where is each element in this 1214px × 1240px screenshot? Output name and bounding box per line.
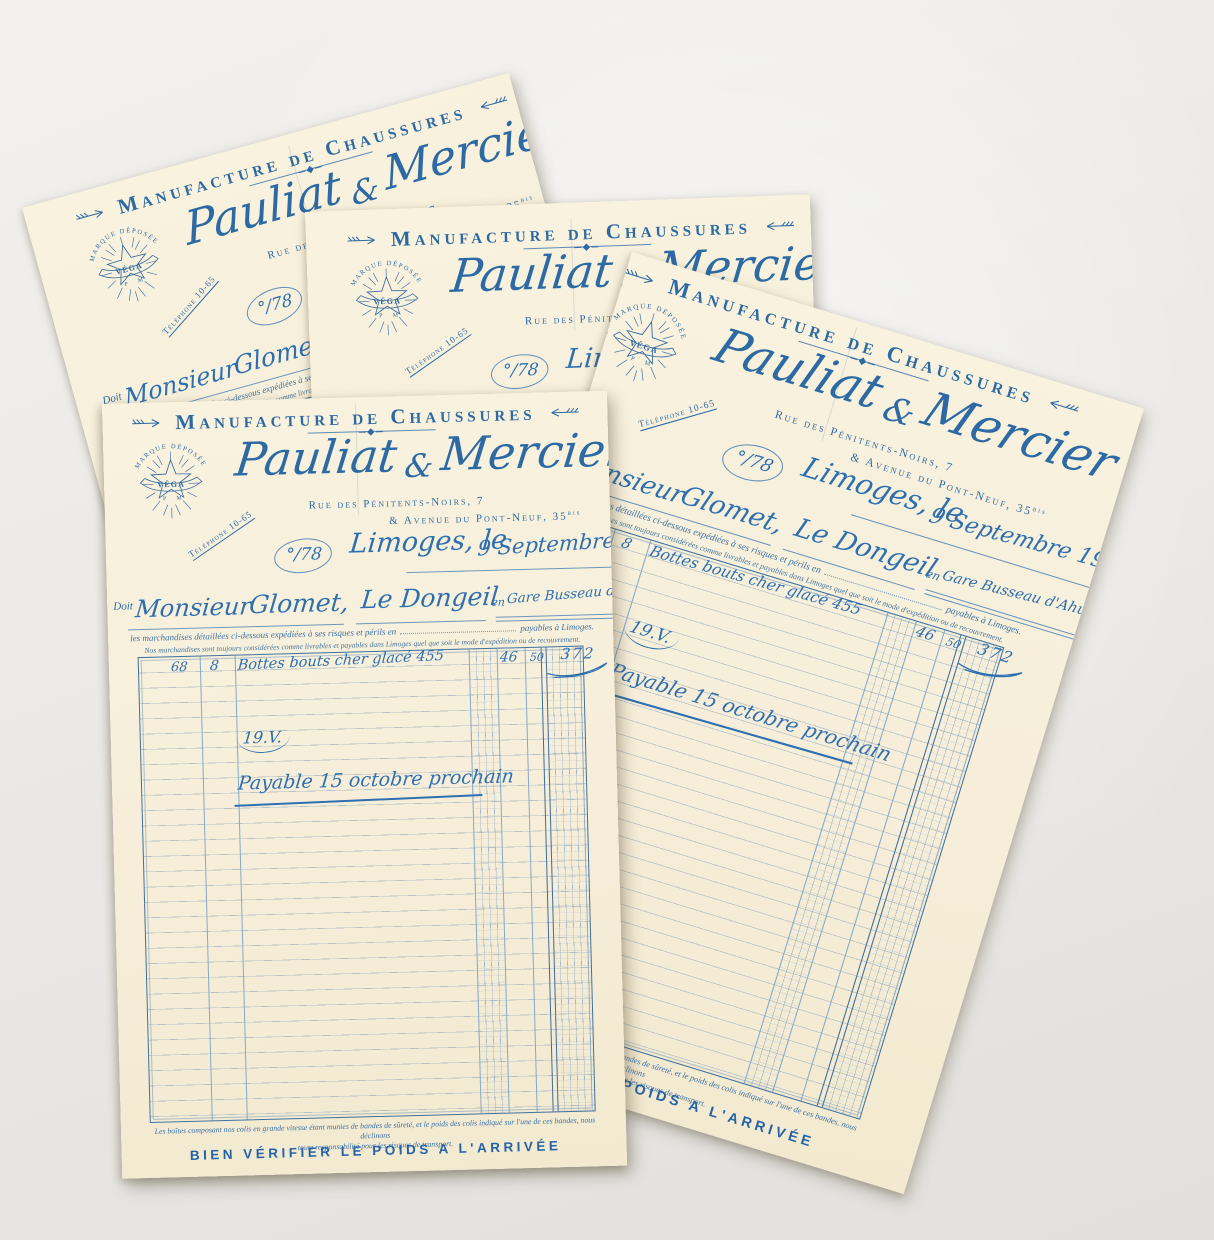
entry-quantity: 8: [209, 658, 219, 674]
photo-of-invoices: Manufacture de Chaussures MARQUE DÉPOSÉE: [0, 0, 1214, 1240]
money-grid-left: [745, 613, 916, 1092]
feather-arrow-icon: [545, 405, 580, 419]
star-letter-p: P: [630, 356, 636, 363]
address-bis-superscript: bis: [1032, 505, 1048, 517]
company-name-first: Pauliat: [449, 247, 615, 299]
feather-arrow-icon: [622, 266, 661, 290]
address-bis-superscript: bis: [567, 508, 581, 516]
column-divider: [200, 657, 213, 1121]
star-letter-m: M: [177, 496, 182, 502]
client-station: Gare Busseau d'Ahun: [507, 580, 628, 608]
client-salutation: Monsieur: [134, 592, 252, 623]
column-divider: [525, 648, 538, 1112]
column-divider: [235, 656, 248, 1120]
folio-number: °/78: [285, 544, 323, 565]
invoice-sheet-front: Manufacture de Chaussures MARQUE DÉPOSÉE: [102, 391, 627, 1179]
star-letter-m: M: [137, 277, 144, 284]
entry-price-francs: 46: [499, 649, 518, 666]
company-name-script: Pauliat & Mercier: [235, 426, 627, 486]
address-line-1: Rue des Pénitents-Noirs, 7: [309, 495, 485, 512]
client-residence: Le Dongeil: [360, 582, 500, 615]
money-grid-right: [822, 637, 1003, 1119]
folio-number: °/78: [502, 360, 540, 381]
star-letter-m: M: [644, 360, 651, 367]
doit-label: Doit: [113, 600, 133, 613]
vega-trademark-logo: MARQUE DÉPOSÉE VÉGA P M: [81, 212, 175, 315]
feather-arrow-icon: [130, 416, 165, 430]
company-name-first: Pauliat: [233, 432, 399, 482]
conditions-dotted-gap: [400, 622, 516, 634]
star-outline: [151, 460, 191, 498]
vega-star-label: VÉGA: [157, 479, 185, 490]
ampersand: &: [350, 171, 382, 211]
feather-arrow-icon: [73, 204, 110, 226]
ledger-table: [138, 645, 596, 1123]
entry-price-centimes: 50: [529, 651, 544, 664]
dateline-rule: [407, 566, 628, 573]
company-name-second: Mercier: [439, 426, 628, 477]
client-name: Glomet,: [248, 588, 350, 620]
star-letter-m: M: [393, 313, 398, 319]
vega-star-label: VÉGA: [629, 337, 660, 355]
entry-lot-number: 68: [170, 660, 188, 675]
star-letter-p: P: [124, 281, 129, 288]
telephone-label: Téléphone 10-65: [637, 397, 717, 431]
ampersand: &: [878, 392, 921, 432]
star-letter-p: P: [379, 313, 382, 319]
star-outline: [104, 240, 152, 287]
feather-arrow-icon: [761, 219, 796, 233]
vega-trademark-logo: MARQUE DÉPOSÉE VÉGA P M: [133, 435, 209, 523]
client-en-word: en: [491, 596, 506, 609]
address-bis-superscript: bis: [520, 193, 535, 204]
conditions-line-1-end: payables à Limoges.: [520, 621, 594, 633]
vega-star-label: VÉGA: [373, 295, 401, 306]
ampersand: &: [403, 449, 435, 482]
invoice-sheet-content: Manufacture de Chaussures MARQUE DÉPOSÉE: [102, 391, 627, 1179]
star-letter-p: P: [163, 496, 166, 502]
total-flourish-underline: [546, 659, 611, 681]
vega-star-label: VÉGA: [114, 260, 144, 277]
feather-arrow-icon: [346, 233, 381, 247]
vega-trademark-logo: MARQUE DÉPOSÉE VÉGA P M: [349, 252, 426, 341]
